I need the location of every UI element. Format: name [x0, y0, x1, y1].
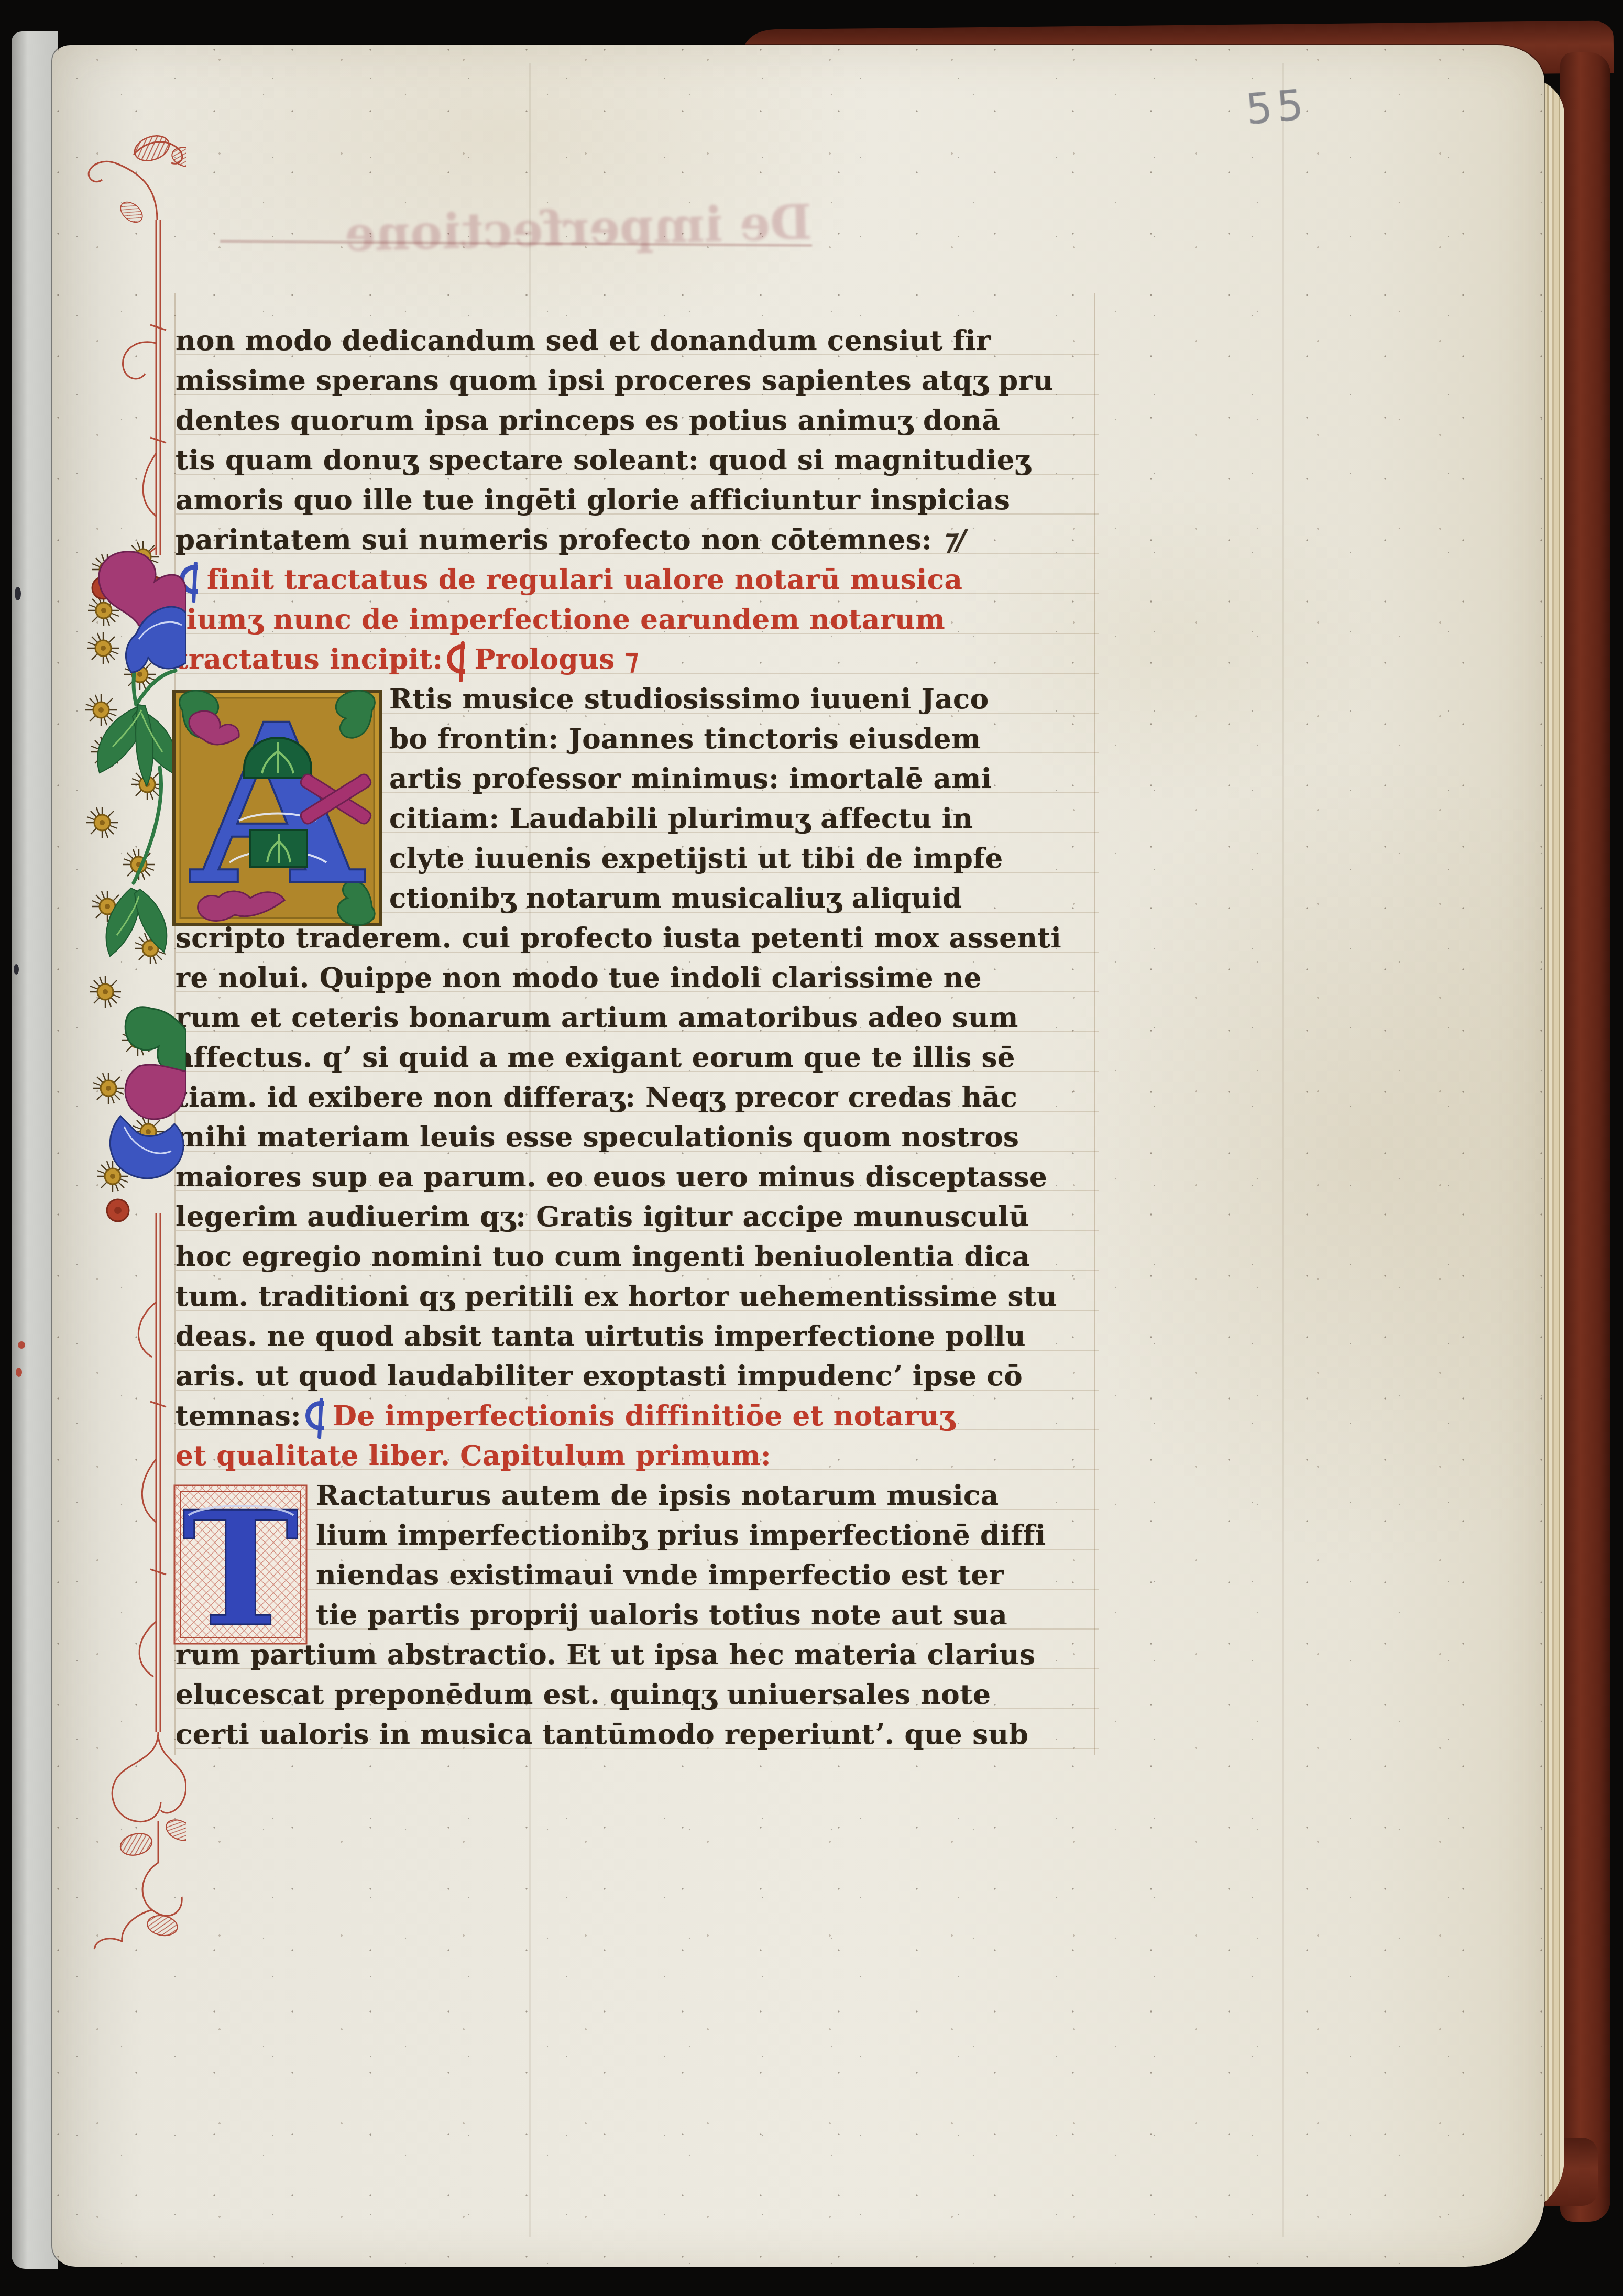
body-text: aris. ut quod laudabiliter exoptasti imp… [176, 1360, 1023, 1392]
svg-text:T: T [182, 1484, 299, 1645]
text-line: certi ualoris in musica tantūmodo reperi… [176, 1714, 1099, 1754]
text-line: amoris quo ille tue ingēti glorie affici… [176, 480, 1099, 520]
text-line: re nolui. Quippe non modo tue indoli cla… [176, 958, 1099, 998]
text-line: rum et ceteris bonarum artium amatoribus… [176, 998, 1099, 1037]
rubric-text: finit tractatus de regulari ualore notar… [207, 563, 962, 596]
text-line: tum. traditioni qʒ peritili ex hortor ue… [176, 1276, 1099, 1316]
text-block: non modo dedicandum sed et donandum cens… [176, 321, 1099, 1754]
paraph-mark-red [447, 644, 465, 674]
body-text: Ractaturus autem de ipsis notarum musica [316, 1479, 999, 1512]
text-line: hoc egregio nomini tuo cum ingenti beniu… [176, 1237, 1099, 1276]
body-text: scripto traderem. cui profecto iusta pet… [176, 922, 1061, 954]
body-text: amoris quo ille tue ingēti glorie affici… [176, 484, 1010, 516]
rubric-text: De imperfectionis diffinitiōe et notaruʒ [333, 1400, 955, 1432]
body-text: tiam. id exibere non differaʒ: Neqʒ prec… [176, 1081, 1017, 1113]
body-text: temnas: [176, 1400, 301, 1432]
gutter-red-mark [16, 1368, 22, 1377]
text-line: parintatem sui numeris profecto non cōte… [176, 520, 1099, 560]
text-line: niendas existimaui vnde imperfectio est … [176, 1555, 1099, 1595]
text-line: tis quam donuʒ spectare soleant: quod si… [176, 440, 1099, 480]
body-text: non modo dedicandum sed et donandum cens… [176, 324, 991, 357]
body-text: affectus. qʼ si quid a me exigant eorum … [176, 1041, 1015, 1074]
text-line: tie partis proprij ualoris totius note a… [176, 1595, 1099, 1635]
body-text: ⁊∕ [932, 523, 967, 556]
body-text: mihi materiam leuis esse speculationis q… [176, 1121, 1019, 1153]
text-line: deas. ne quod absit tanta uirtutis imper… [176, 1316, 1099, 1356]
rubric-text: liumʒ nunc de imperfectione earundem not… [176, 603, 945, 636]
text-line: finit tractatus de regulari ualore notar… [176, 560, 1099, 599]
body-text: legerim audiuerim qʒ: Gratis igitur acci… [176, 1200, 1029, 1233]
illuminated-initial-A: A [172, 690, 382, 926]
manuscript-photo: 55 De imperfectione non modo dedicandum … [0, 0, 1623, 2296]
paraph-mark-blue [305, 1401, 323, 1430]
body-text: Rtis musice studiosissimo iuueni Jaco [389, 683, 989, 715]
body-text: parintatem sui numeris profecto non cōte… [176, 523, 932, 556]
body-text: rum et ceteris bonarum artium amatoribus… [176, 1001, 1018, 1034]
text-line: aris. ut quod laudabiliter exoptasti imp… [176, 1356, 1099, 1396]
body-text: citiam: Laudabili plurimuʒ affectu in [389, 802, 973, 835]
body-text: hoc egregio nomini tuo cum ingenti beniu… [176, 1240, 1030, 1273]
text-line: et qualitate liber. Capitulum primum: [176, 1436, 1099, 1475]
body-text: deas. ne quod absit tanta uirtutis imper… [176, 1320, 1026, 1352]
text-line: rum partium abstractio. Et ut ipsa hec m… [176, 1635, 1099, 1675]
text-line: elucescat preponēdum est. quinqʒ uniuers… [176, 1675, 1099, 1714]
book-cover-right-edge [1560, 52, 1610, 2222]
text-line: temnas:De imperfectionis diffinitiōe et … [176, 1396, 1099, 1436]
body-text: dentes quorum ipsa princeps es potius an… [176, 404, 1000, 436]
folio-number: 55 [1244, 80, 1309, 134]
text-line: lium imperfectionibʒ prius imperfectionē… [176, 1515, 1099, 1555]
text-line: legerim audiuerim qʒ: Gratis igitur acci… [176, 1197, 1099, 1237]
body-text: maiores sup ea parum. eo euos uero minus… [176, 1161, 1047, 1193]
body-text: tie partis proprij ualoris totius note a… [316, 1599, 1007, 1631]
text-line: dentes quorum ipsa princeps es potius an… [176, 400, 1099, 440]
gutter-red-mark [18, 1341, 25, 1349]
chapter-initial-T: T [173, 1484, 308, 1645]
page-curvature-line [1282, 63, 1284, 2237]
body-text: niendas existimaui vnde imperfectio est … [316, 1559, 1004, 1591]
gutter-ink-mark [14, 964, 19, 975]
text-line: Ractaturus autem de ipsis notarum musica [176, 1475, 1099, 1515]
body-text: tum. traditioni qʒ peritili ex hortor ue… [176, 1280, 1057, 1313]
body-text: lium imperfectionibʒ prius imperfectionē… [316, 1519, 1046, 1551]
body-text: ctionibʒ notarum musicaliuʒ aliquid [389, 882, 962, 914]
body-text: certi ualoris in musica tantūmodo reperi… [176, 1718, 1028, 1751]
gutter-ink-mark [15, 587, 21, 600]
rubric-text: Prologus ⁊ [474, 643, 639, 675]
text-line: tiam. id exibere non differaʒ: Neqʒ prec… [176, 1077, 1099, 1117]
body-text: artis professor minimus: imortalē ami [389, 762, 992, 795]
body-text: tis quam donuʒ spectare soleant: quod si… [176, 444, 1031, 476]
body-text: elucescat preponēdum est. quinqʒ uniuers… [176, 1678, 991, 1711]
body-text: clyte iuuenis expetijsti ut tibi de impf… [389, 842, 1003, 874]
text-line: maiores sup ea parum. eo euos uero minus… [176, 1157, 1099, 1197]
rubric-text: et qualitate liber. Capitulum primum: [176, 1439, 771, 1472]
text-line: liumʒ nunc de imperfectione earundem not… [176, 599, 1099, 639]
text-line: tractatus incipit:Prologus ⁊ [176, 639, 1099, 679]
text-line: missime sperans quom ipsi proceres sapie… [176, 360, 1099, 400]
text-line: affectus. qʼ si quid a me exigant eorum … [176, 1037, 1099, 1077]
body-text: re nolui. Quippe non modo tue indoli cla… [176, 961, 982, 994]
text-line: non modo dedicandum sed et donandum cens… [176, 321, 1099, 360]
rubric-text: tractatus incipit: [176, 643, 443, 675]
text-line: mihi materiam leuis esse speculationis q… [176, 1117, 1099, 1157]
border-flourish-decoration [29, 118, 186, 1962]
body-text: missime sperans quom ipsi proceres sapie… [176, 364, 1054, 397]
showthrough-text: De imperfectione [397, 194, 813, 273]
body-text: bo frontin: Joannes tinctoris eiusdem [389, 723, 981, 755]
